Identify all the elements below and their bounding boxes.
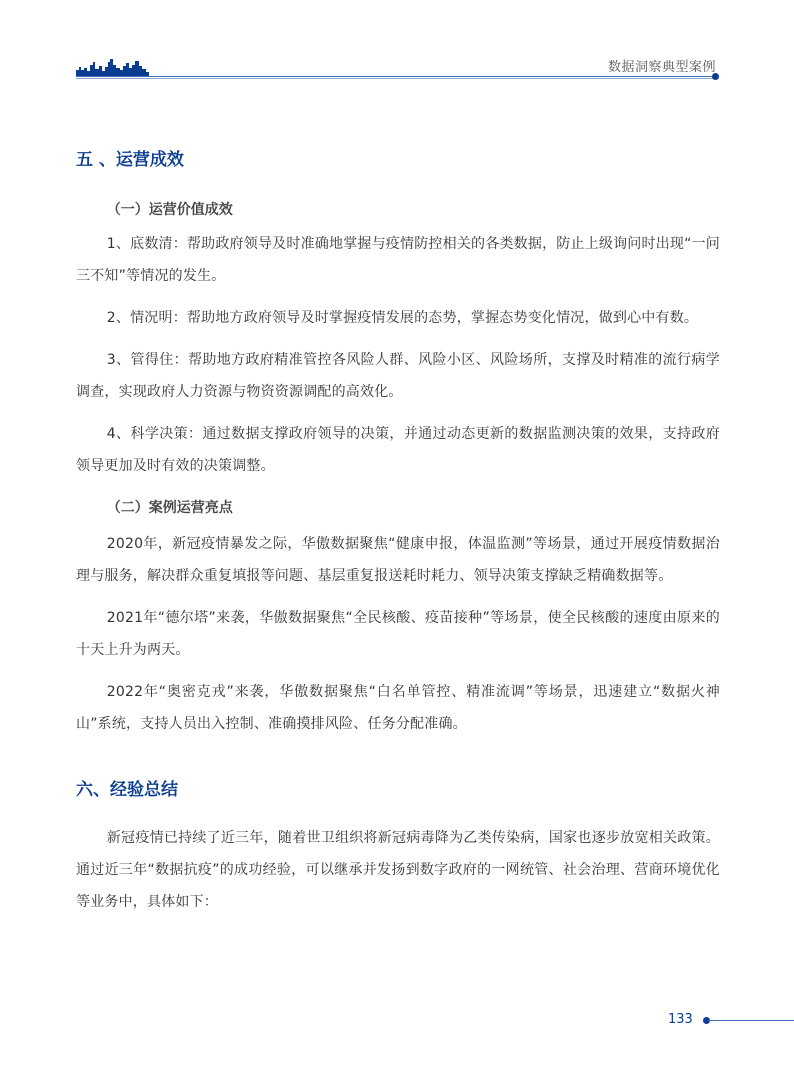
- paragraph-highlight-2020: 2020年，新冠疫情暴发之际，华傲数据聚焦“健康申报，体温监测”等场景，通过开展…: [76, 528, 720, 592]
- paragraph-value-3: 3、管得住：帮助地方政府精准管控各风险人群、风险小区、风险场所，支撑及时精准的流…: [76, 344, 720, 408]
- footer-rule: [708, 1020, 794, 1021]
- city-skyline-icon: [76, 56, 149, 76]
- subsection-heading-2: （二）案例运营亮点: [76, 494, 720, 522]
- subsection-heading-1: （一）运营价值成效: [76, 196, 720, 224]
- paragraph-value-4: 4、科学决策：通过数据支撑政府领导的决策，并通过动态更新的数据监测决策的效果，支…: [76, 418, 720, 482]
- section-heading-5: 五 、运营成效: [76, 146, 720, 174]
- paragraph-value-1: 1、底数清：帮助政府领导及时准确地掌握与疫情防控相关的各类数据，防止上级询问时出…: [76, 228, 720, 292]
- paragraph-highlight-2021: 2021年“德尔塔”来袭，华傲数据聚焦“全民核酸、疫苗接种”等场景，使全民核酸的…: [76, 602, 720, 666]
- page-number: 133: [668, 1012, 693, 1027]
- section-heading-6: 六、经验总结: [76, 776, 720, 804]
- paragraph-highlight-2022: 2022年“奥密克戎”来袭，华傲数据聚焦“白名单管控、精准流调”等场景，迅速建立…: [76, 676, 720, 740]
- paragraph-summary: 新冠疫情已持续了近三年，随着世卫组织将新冠病毒降为乙类传染病，国家也逐步放宽相关…: [76, 822, 720, 918]
- paragraph-value-2: 2、情况明：帮助地方政府领导及时掌握疫情发展的态势，掌握态势变化情况，做到心中有…: [76, 302, 720, 334]
- header-rule: [76, 76, 716, 77]
- header-rule-secondary: [76, 78, 716, 79]
- page-header: 数据洞察典型案例: [0, 0, 794, 90]
- running-header-title: 数据洞察典型案例: [608, 56, 716, 75]
- page-content: 五 、运营成效 （一）运营价值成效 1、底数清：帮助政府领导及时准确地掌握与疫情…: [76, 146, 720, 918]
